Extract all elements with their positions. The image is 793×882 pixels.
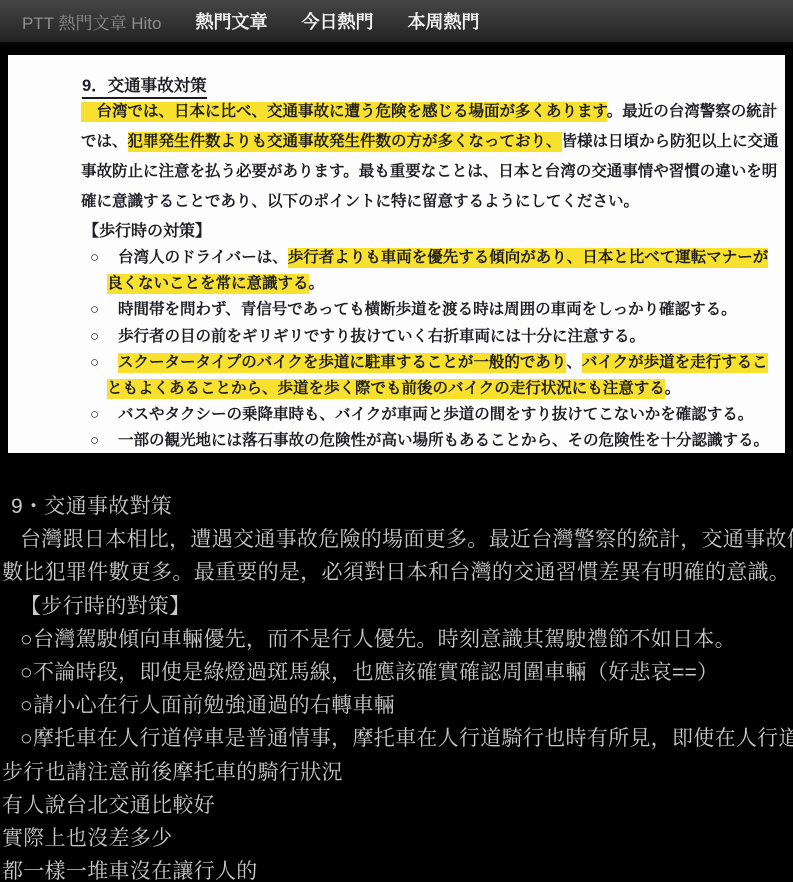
document-bullet-line: ○スクータータイプのバイクを歩道に駐車することが一般的であり、バイクが歩道を走行… xyxy=(8,350,785,376)
post-image-document[interactable]: 9．交通事故対策 台湾では、日本に比べ、交通事故に遭う危険を感じる場面が多くあり… xyxy=(8,55,785,453)
post-text-line: 台灣跟日本相比，遭遇交通事故危險的場面更多。最近台灣警察的統計，交通事故件 xyxy=(2,523,793,556)
plain-text: では、 xyxy=(81,133,128,150)
plain-text: 時間帯を問わず、青信号であっても横断歩道を渡る時は周囲の車両をしっかり確認する。 xyxy=(118,301,737,318)
plain-text: 。 xyxy=(309,275,325,292)
highlighted-text: バイクが歩道を走行するこ xyxy=(582,353,768,373)
top-navbar: PTT 熱門文章 Hito 熱門文章 今日熱門 本周熱門 xyxy=(0,0,793,45)
document-bullet-list: ○台湾人のドライバーは、歩行者よりも車両を優先する傾向があり、日本と比べて運転マ… xyxy=(8,245,785,453)
site-brand[interactable]: PTT 熱門文章 Hito xyxy=(22,9,161,34)
post-text-line: ○摩托車在人行道停車是普通情事，摩托車在人行道騎行也時有所見，即使在人行道 xyxy=(2,722,793,755)
post-text-line: 9・交通事故對策 xyxy=(2,490,793,523)
post-text-line: 數比犯罪件數更多。最重要的是，必須對日本和台灣的交通習慣差異有明確的意識。 xyxy=(2,556,793,589)
document-bullet-line: ○バスやタクシーの乗降車時も、バイクが車両と歩道の間をすり抜けてこないかを確認す… xyxy=(8,402,785,428)
document-intro-line: では、犯罪発生件数よりも交通事故発生件数の方が多くなっており、皆様は日頃から防犯… xyxy=(81,127,779,157)
post-text-line: 都一樣一堆車沒在讓行人的 xyxy=(2,855,793,882)
document-bullet-line: ○台湾人のドライバーは、歩行者よりも車両を優先する傾向があり、日本と比べて運転マ… xyxy=(8,245,785,271)
document-intro-line: 事故防止に注意を払う必要があります。最も重要なことは、日本と台湾の交通事情や習慣… xyxy=(81,157,779,187)
bullet-circle-icon: ○ xyxy=(90,350,99,376)
plain-text: 事故防止に注意を払う必要があります。最も重要なことは、日本と台湾の交通事情や習慣… xyxy=(81,163,777,180)
plain-text: 一部の観光地には落石事故の危険性が高い場所もあることから、その危険性を十分認識す… xyxy=(118,432,769,449)
plain-text: 、 xyxy=(566,354,582,371)
post-body-text: 9・交通事故對策台灣跟日本相比，遭遇交通事故危險的場面更多。最近台灣警察的統計，… xyxy=(2,490,793,882)
plain-text: バスやタクシーの乗降車時も、バイクが車両と歩道の間をすり抜けてこないかを確認する… xyxy=(118,406,753,423)
post-text-line: 有人說台北交通比較好 xyxy=(2,789,793,822)
highlighted-text: 台湾では、日本に比べ、交通事故に遭う危険を感じる場面が多くあります xyxy=(81,102,607,122)
plain-text: 。 xyxy=(665,380,681,397)
document-intro-line: 台湾では、日本に比べ、交通事故に遭う危険を感じる場面が多くあります。最近の台湾警… xyxy=(81,97,779,127)
document-bullet-line: ○歩行者の目の前をギリギリですり抜けていく右折車両には十分に注意する。 xyxy=(8,324,785,350)
document-intro-paragraph: 台湾では、日本に比べ、交通事故に遭う危険を感じる場面が多くあります。最近の台湾警… xyxy=(81,97,779,217)
post-text-line: 實際上也沒差多少 xyxy=(2,822,793,855)
document-intro-line: 確に意識することであり、以下のポイントに特に留意するようにしてください。 xyxy=(81,187,779,217)
plain-text: 。最近の台湾警察の統計 xyxy=(607,103,778,120)
highlighted-text: スクータータイプのバイクを歩道に駐車することが一般的であり xyxy=(118,353,566,373)
highlighted-text: 犯罪発生件数よりも交通事故発生件数の方が多くなっており、 xyxy=(128,132,562,152)
document-bullet-line: 良くないことを常に意識する。 xyxy=(8,271,785,297)
bullet-circle-icon: ○ xyxy=(90,297,99,323)
nav-item-week-hot[interactable]: 本周熱門 xyxy=(407,8,479,34)
document-section-title: 【歩行時の対策】 xyxy=(83,218,211,241)
post-text-line: ○請小心在行人面前勉強通過的右轉車輛 xyxy=(2,689,793,722)
post-text-line: 步行也請注意前後摩托車的騎行狀況 xyxy=(2,756,793,789)
plain-text: 確に意識することであり、以下のポイントに特に留意するようにしてください。 xyxy=(81,193,639,210)
post-text-line: 【步行時的對策】 xyxy=(2,590,793,623)
post-text-line: ○不論時段，即使是綠燈過斑馬線，也應該確實確認周圍車輛（好悲哀==） xyxy=(2,656,793,689)
highlighted-text: ともよくあることから、歩道を歩く際でも前後のバイクの走行状況にも注意する xyxy=(107,379,665,399)
nav-item-hot-articles[interactable]: 熱門文章 xyxy=(195,8,267,34)
page: { "nav": { "brand": "PTT 熱門文章 Hito", "it… xyxy=(0,0,793,882)
bullet-circle-icon: ○ xyxy=(90,428,99,453)
document-bullet-line: ○時間帯を問わず、青信号であっても横断歩道を渡る時は周囲の車両をしっかり確認する… xyxy=(8,297,785,323)
document-bullet-line: ともよくあることから、歩道を歩く際でも前後のバイクの走行状況にも注意する。 xyxy=(8,376,785,402)
bullet-circle-icon: ○ xyxy=(90,245,99,271)
plain-text: 台湾人のドライバーは、 xyxy=(118,249,288,266)
nav-item-today-hot[interactable]: 今日熱門 xyxy=(301,8,373,34)
post-text-line: ○台灣駕駛傾向車輛優先，而不是行人優先。時刻意識其駕駛禮節不如日本。 xyxy=(2,623,793,656)
highlighted-text: 歩行者よりも車両を優先する傾向があり、日本と比べて運転マナーが xyxy=(288,248,769,268)
bullet-circle-icon: ○ xyxy=(90,324,99,350)
document-heading: 9．交通事故対策 xyxy=(82,72,207,99)
plain-text: 皆様は日頃から防犯以上に交通 xyxy=(562,133,779,150)
plain-text: 歩行者の目の前をギリギリですり抜けていく右折車両には十分に注意する。 xyxy=(118,328,645,345)
document-bullet-line: ○一部の観光地には落石事故の危険性が高い場所もあることから、その危険性を十分認識… xyxy=(8,428,785,453)
bullet-circle-icon: ○ xyxy=(90,402,99,428)
highlighted-text: 良くないことを常に意識する xyxy=(107,274,309,294)
